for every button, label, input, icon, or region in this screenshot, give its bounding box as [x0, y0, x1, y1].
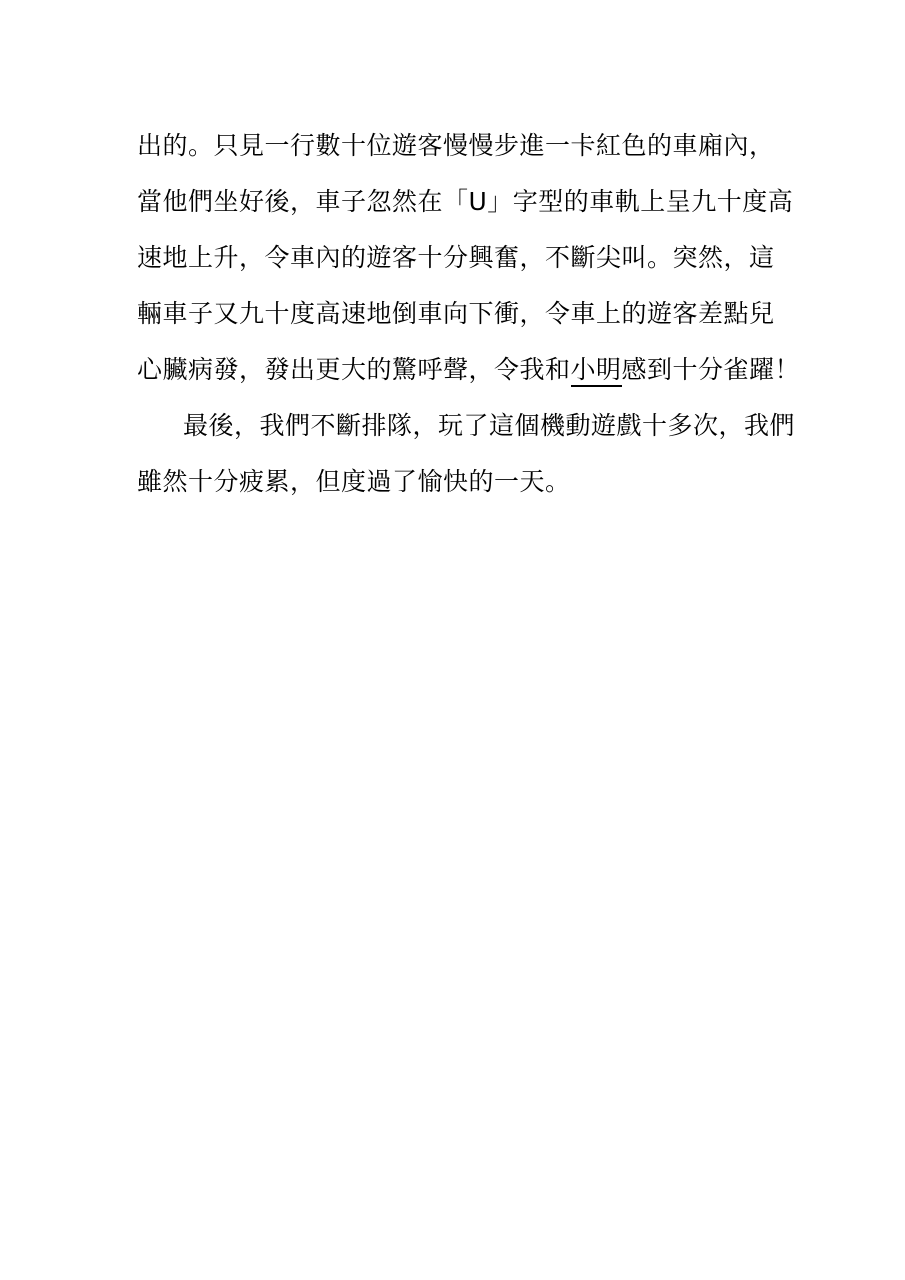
- line5-text-after: 感到十分雀躍！: [622, 355, 801, 384]
- underlined-name: 小明: [571, 355, 622, 387]
- document-page: 出的。只見一行數十位遊客慢慢步進一卡紅色的車廂內， 當他們坐好後，車子忽然在「U…: [0, 0, 905, 1280]
- paragraph1-line2: 當他們坐好後，車子忽然在「U」字型的車軌上呈九十度高: [137, 174, 797, 230]
- paragraph2-line1: 最後，我們不斷排隊，玩了這個機動遊戲十多次，我們: [137, 398, 797, 454]
- line5-text-before: 心臟病發，發出更大的驚呼聲，令我和: [137, 355, 571, 384]
- essay-text-block: 出的。只見一行數十位遊客慢慢步進一卡紅色的車廂內， 當他們坐好後，車子忽然在「U…: [137, 118, 797, 510]
- paragraph1-line5: 心臟病發，發出更大的驚呼聲，令我和小明感到十分雀躍！: [137, 342, 797, 398]
- paragraph1-line1: 出的。只見一行數十位遊客慢慢步進一卡紅色的車廂內，: [137, 118, 797, 174]
- paragraph2-line2: 雖然十分疲累，但度過了愉快的一天。: [137, 454, 797, 510]
- paragraph1-line3: 速地上升，令車內的遊客十分興奮，不斷尖叫。突然，這: [137, 230, 797, 286]
- paragraph1-line4: 輛車子又九十度高速地倒車向下衝，令車上的遊客差點兒: [137, 286, 797, 342]
